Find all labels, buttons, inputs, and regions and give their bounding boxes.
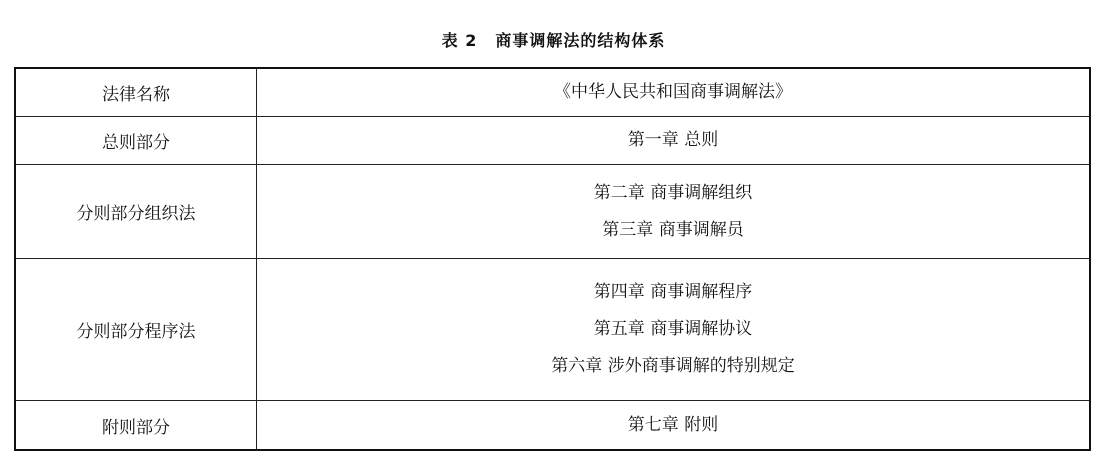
table-caption: 表 2商事调解法的结构体系 [0, 28, 1107, 51]
caption-number: 表 2 [442, 31, 478, 50]
table-row: 分则部分程序法 第四章 商事调解程序 第五章 商事调解协议 第六章 涉外商事调解… [15, 259, 1090, 401]
row-content: 第四章 商事调解程序 第五章 商事调解协议 第六章 涉外商事调解的特别规定 [257, 259, 1091, 401]
row-label: 分则部分组织法 [15, 165, 257, 259]
row-label: 附则部分 [15, 401, 257, 451]
chapter-item: 第五章 商事调解协议 [257, 311, 1089, 348]
row-content: 《中华人民共和国商事调解法》 [257, 68, 1091, 117]
table-row: 总则部分 第一章 总则 [15, 117, 1090, 165]
chapter-item: 第一章 总则 [257, 122, 1089, 159]
caption-title: 商事调解法的结构体系 [495, 31, 665, 50]
structure-table: 法律名称 《中华人民共和国商事调解法》 总则部分 第一章 总则 分则部分组织法 … [14, 67, 1091, 451]
row-label: 法律名称 [15, 68, 257, 117]
chapter-item: 《中华人民共和国商事调解法》 [257, 74, 1089, 111]
row-label: 分则部分程序法 [15, 259, 257, 401]
table-row: 附则部分 第七章 附则 [15, 401, 1090, 451]
chapter-item: 第三章 商事调解员 [257, 212, 1089, 249]
chapter-item: 第七章 附则 [257, 407, 1089, 444]
row-content: 第二章 商事调解组织 第三章 商事调解员 [257, 165, 1091, 259]
table-row: 分则部分组织法 第二章 商事调解组织 第三章 商事调解员 [15, 165, 1090, 259]
row-label: 总则部分 [15, 117, 257, 165]
row-content: 第一章 总则 [257, 117, 1091, 165]
chapter-item: 第六章 涉外商事调解的特别规定 [257, 348, 1089, 385]
chapter-item: 第四章 商事调解程序 [257, 274, 1089, 311]
table-row: 法律名称 《中华人民共和国商事调解法》 [15, 68, 1090, 117]
row-content: 第七章 附则 [257, 401, 1091, 451]
chapter-item: 第二章 商事调解组织 [257, 175, 1089, 212]
